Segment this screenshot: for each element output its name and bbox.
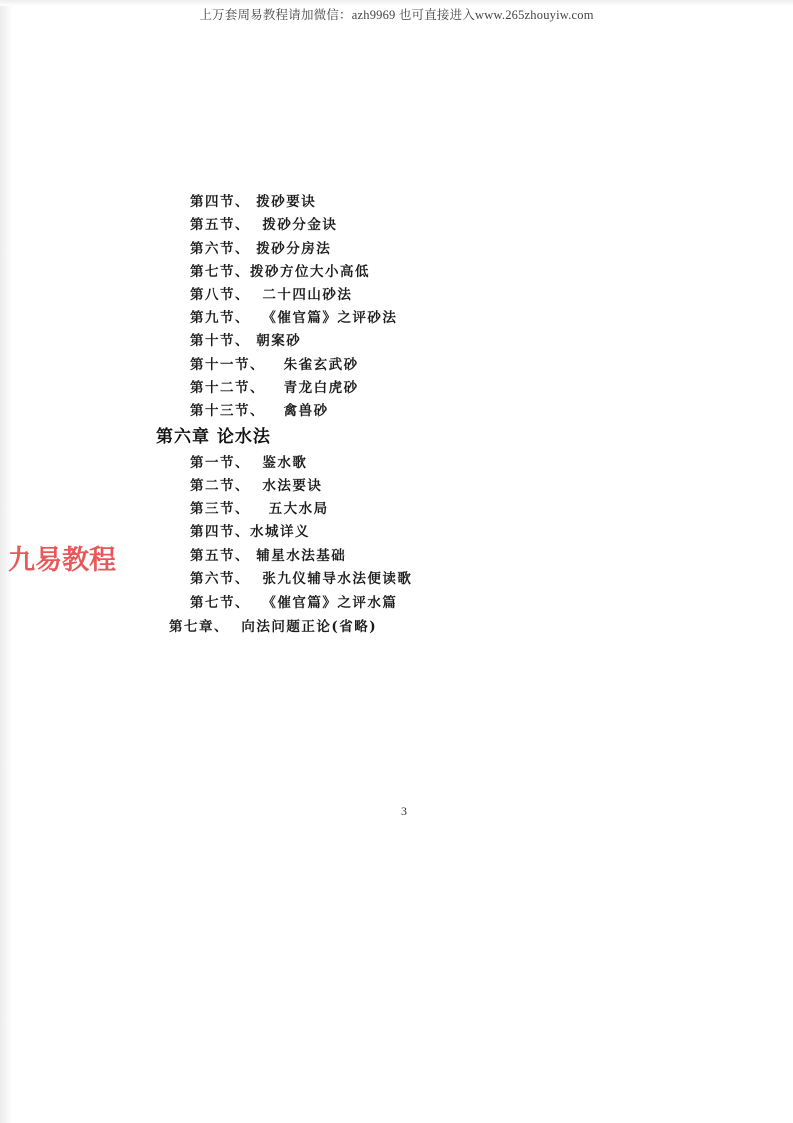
page-number: 3: [401, 804, 407, 819]
toc-entry[interactable]: 第九节、 《催官篇》之评砂法: [190, 309, 397, 327]
toc-entry[interactable]: 第六节、 拨砂分房法: [190, 240, 331, 258]
toc-entry[interactable]: 第六节、 张九仪辅导水法便读歌: [190, 570, 412, 588]
toc-entry[interactable]: 第五节、 辅星水法基础: [190, 547, 346, 565]
toc-entry[interactable]: 第一节、 鉴水歌: [190, 454, 307, 472]
toc-entry[interactable]: 第五节、 拨砂分金诀: [190, 216, 337, 234]
toc-entry[interactable]: 第八节、 二十四山砂法: [190, 286, 352, 304]
toc-entry[interactable]: 第三节、 五大水局: [190, 500, 329, 518]
watermark-logo: 九易教程: [8, 544, 116, 578]
chapter-heading-6[interactable]: 第六章 论水法: [156, 426, 271, 448]
header-banner: 上万套周易教程请加微信：azh9969 也可直接进入www.265zhouyiw…: [0, 5, 793, 23]
toc-entry[interactable]: 第十三节、 禽兽砂: [190, 402, 329, 420]
toc-entry[interactable]: 第二节、 水法要诀: [190, 477, 322, 495]
chapter-heading-7[interactable]: 第七章、 向法问题正论(省略): [169, 618, 377, 636]
toc-entry[interactable]: 第七节、 《催官篇》之评水篇: [190, 594, 397, 612]
toc-entry[interactable]: 第四节、 拨砂要诀: [190, 193, 316, 211]
toc-entry[interactable]: 第七节、拨砂方位大小高低: [190, 263, 370, 281]
toc-entry[interactable]: 第四节、水城详义: [190, 523, 310, 541]
toc-entry[interactable]: 第十节、 朝案砂: [190, 332, 301, 350]
toc-entry[interactable]: 第十二节、 青龙白虎砂: [190, 379, 359, 397]
toc-entry[interactable]: 第十一节、 朱雀玄武砂: [190, 356, 359, 374]
